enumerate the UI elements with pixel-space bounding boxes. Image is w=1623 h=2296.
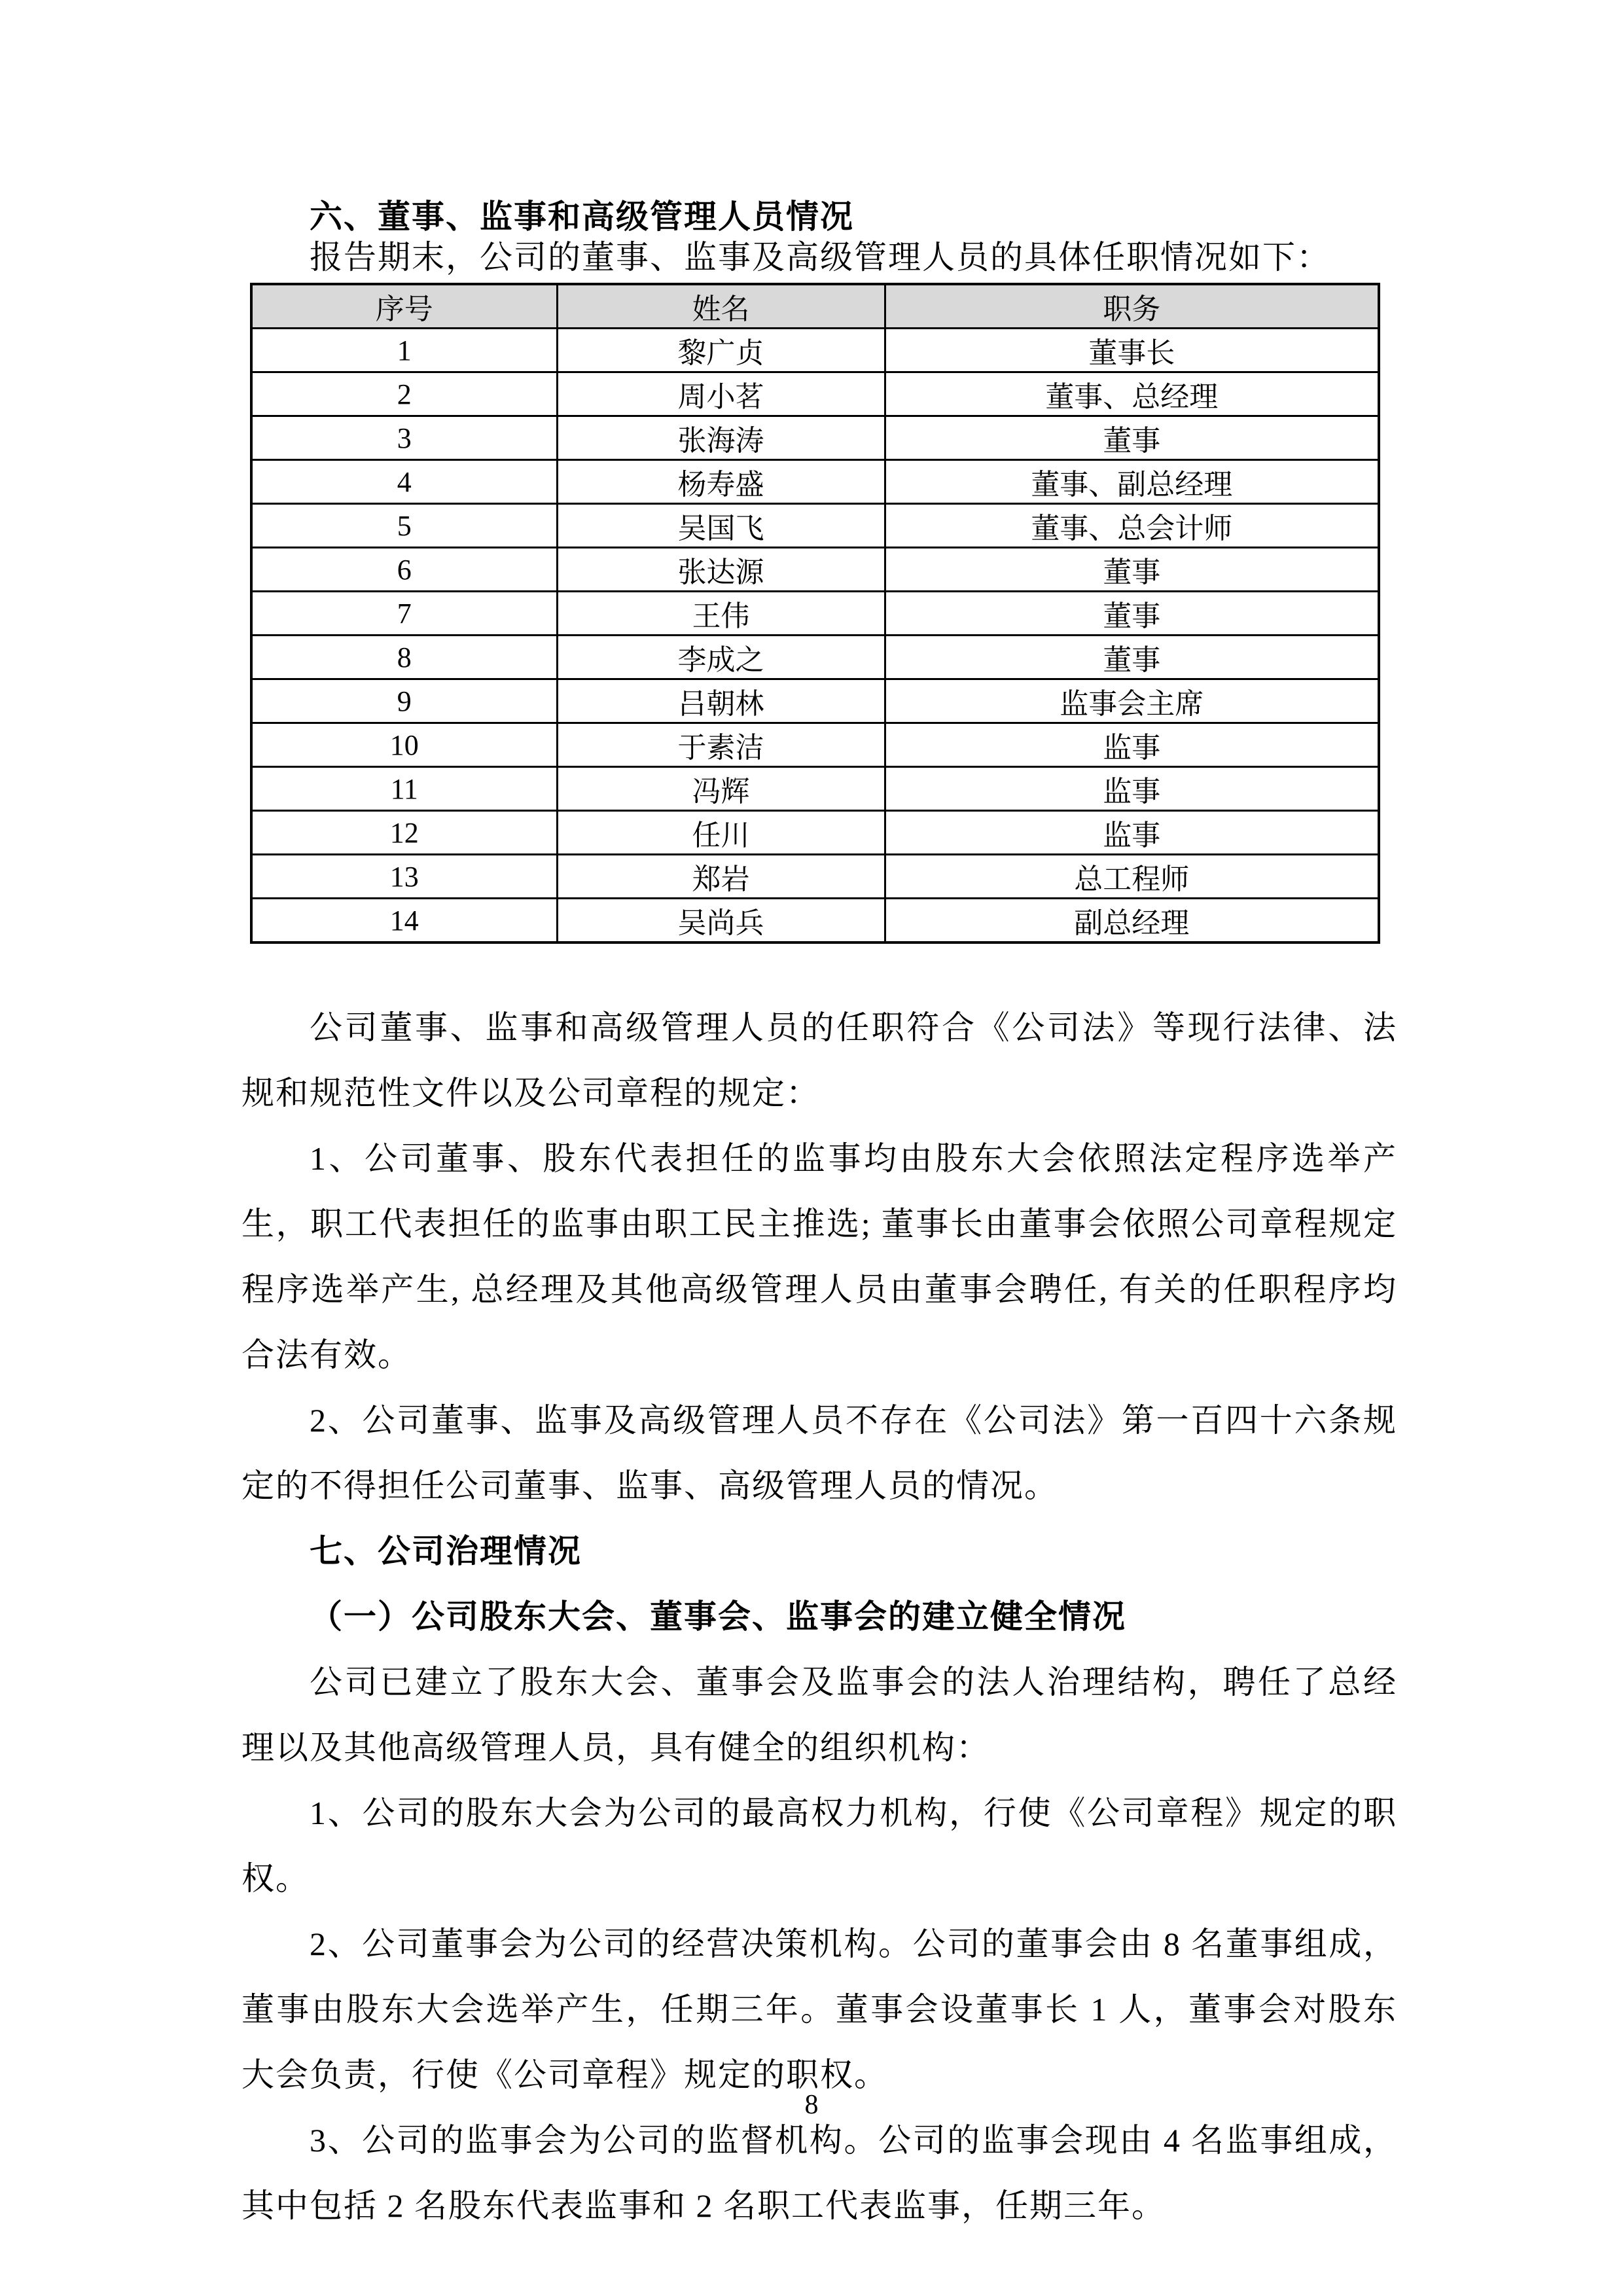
- table-row: 11冯辉监事: [251, 767, 1379, 811]
- name-cell: 郑岩: [557, 855, 885, 899]
- table-row: 7王伟董事: [251, 592, 1379, 636]
- paragraph-supervisory-board: 3、公司的监事会为公司的监督机构。公司的监事会现由 4 名监事组成，其中包括 2…: [241, 2108, 1397, 2238]
- page: 六、董事、监事和高级管理人员情况 报告期末，公司的董事、监事及高级管理人员的具体…: [0, 0, 1623, 2296]
- title-cell: 董事: [885, 548, 1379, 592]
- management-table: 序号姓名职务 1黎广贞董事长2周小茗董事、总经理3张海涛董事4杨寿盛董事、副总经…: [250, 283, 1380, 944]
- title-cell: 监事会主席: [885, 679, 1379, 723]
- serial-cell: 5: [251, 504, 557, 548]
- title-cell: 董事、副总经理: [885, 460, 1379, 504]
- title-cell: 监事: [885, 723, 1379, 767]
- serial-cell: 12: [251, 811, 557, 855]
- table-header-cell: 职务: [885, 284, 1379, 329]
- name-cell: 李成之: [557, 636, 885, 679]
- name-cell: 任川: [557, 811, 885, 855]
- serial-cell: 6: [251, 548, 557, 592]
- table-row: 5吴国飞董事、总会计师: [251, 504, 1379, 548]
- table-body: 1黎广贞董事长2周小茗董事、总经理3张海涛董事4杨寿盛董事、副总经理5吴国飞董事…: [251, 329, 1379, 943]
- name-cell: 周小茗: [557, 372, 885, 416]
- paragraph-no-disqualification: 2、公司董事、监事及高级管理人员不存在《公司法》第一百四十六条规定的不得担任公司…: [241, 1388, 1397, 1518]
- table-row: 4杨寿盛董事、副总经理: [251, 460, 1379, 504]
- section7-subheading: （一）公司股东大会、董事会、监事会的建立健全情况: [241, 1584, 1397, 1649]
- name-cell: 吴国飞: [557, 504, 885, 548]
- title-cell: 监事: [885, 811, 1379, 855]
- serial-cell: 9: [251, 679, 557, 723]
- paragraph-shareholders-meeting: 1、公司的股东大会为公司的最高权力机构，行使《公司章程》规定的职权。: [241, 1780, 1397, 1911]
- name-cell: 冯辉: [557, 767, 885, 811]
- table-row: 9吕朝林监事会主席: [251, 679, 1379, 723]
- section7-heading: 七、公司治理情况: [241, 1518, 1397, 1584]
- serial-cell: 3: [251, 416, 557, 460]
- serial-cell: 4: [251, 460, 557, 504]
- name-cell: 王伟: [557, 592, 885, 636]
- title-cell: 董事、总会计师: [885, 504, 1379, 548]
- serial-cell: 11: [251, 767, 557, 811]
- title-cell: 董事: [885, 636, 1379, 679]
- title-cell: 监事: [885, 767, 1379, 811]
- name-cell: 于素洁: [557, 723, 885, 767]
- table-row: 12任川监事: [251, 811, 1379, 855]
- paragraph-election-procedure: 1、公司董事、股东代表担任的监事均由股东大会依照法定程序选举产生，职工代表担任的…: [241, 1126, 1397, 1388]
- table-header-row: 序号姓名职务: [251, 284, 1379, 329]
- paragraph-governance-structure: 公司已建立了股东大会、董事会及监事会的法人治理结构，聘任了总经理以及其他高级管理…: [241, 1649, 1397, 1780]
- title-cell: 副总经理: [885, 899, 1379, 943]
- serial-cell: 14: [251, 899, 557, 943]
- paragraph-board-of-directors: 2、公司董事会为公司的经营决策机构。公司的董事会由 8 名董事组成，董事由股东大…: [241, 1911, 1397, 2108]
- page-number: 8: [0, 2089, 1623, 2121]
- serial-cell: 1: [251, 329, 557, 372]
- title-cell: 董事: [885, 416, 1379, 460]
- serial-cell: 2: [251, 372, 557, 416]
- paragraph-compliance: 公司董事、监事和高级管理人员的任职符合《公司法》等现行法律、法规和规范性文件以及…: [241, 995, 1397, 1126]
- title-cell: 董事: [885, 592, 1379, 636]
- serial-cell: 7: [251, 592, 557, 636]
- table-row: 13郑岩总工程师: [251, 855, 1379, 899]
- table-row: 8李成之董事: [251, 636, 1379, 679]
- name-cell: 杨寿盛: [557, 460, 885, 504]
- text-block: 六、董事、监事和高级管理人员情况 报告期末，公司的董事、监事及高级管理人员的具体…: [241, 0, 1397, 2238]
- section6-heading: 六、董事、监事和高级管理人员情况: [241, 196, 1397, 237]
- table-row: 14吴尚兵副总经理: [251, 899, 1379, 943]
- table-header-cell: 序号: [251, 284, 557, 329]
- serial-cell: 13: [251, 855, 557, 899]
- section6-intro: 报告期末，公司的董事、监事及高级管理人员的具体任职情况如下：: [241, 237, 1397, 278]
- serial-cell: 10: [251, 723, 557, 767]
- name-cell: 张达源: [557, 548, 885, 592]
- table-header-cell: 姓名: [557, 284, 885, 329]
- name-cell: 吕朝林: [557, 679, 885, 723]
- table-row: 10于素洁监事: [251, 723, 1379, 767]
- name-cell: 张海涛: [557, 416, 885, 460]
- table-row: 2周小茗董事、总经理: [251, 372, 1379, 416]
- name-cell: 吴尚兵: [557, 899, 885, 943]
- table-row: 1黎广贞董事长: [251, 329, 1379, 372]
- name-cell: 黎广贞: [557, 329, 885, 372]
- title-cell: 总工程师: [885, 855, 1379, 899]
- table-row: 3张海涛董事: [251, 416, 1379, 460]
- table-row: 6张达源董事: [251, 548, 1379, 592]
- title-cell: 董事长: [885, 329, 1379, 372]
- serial-cell: 8: [251, 636, 557, 679]
- title-cell: 董事、总经理: [885, 372, 1379, 416]
